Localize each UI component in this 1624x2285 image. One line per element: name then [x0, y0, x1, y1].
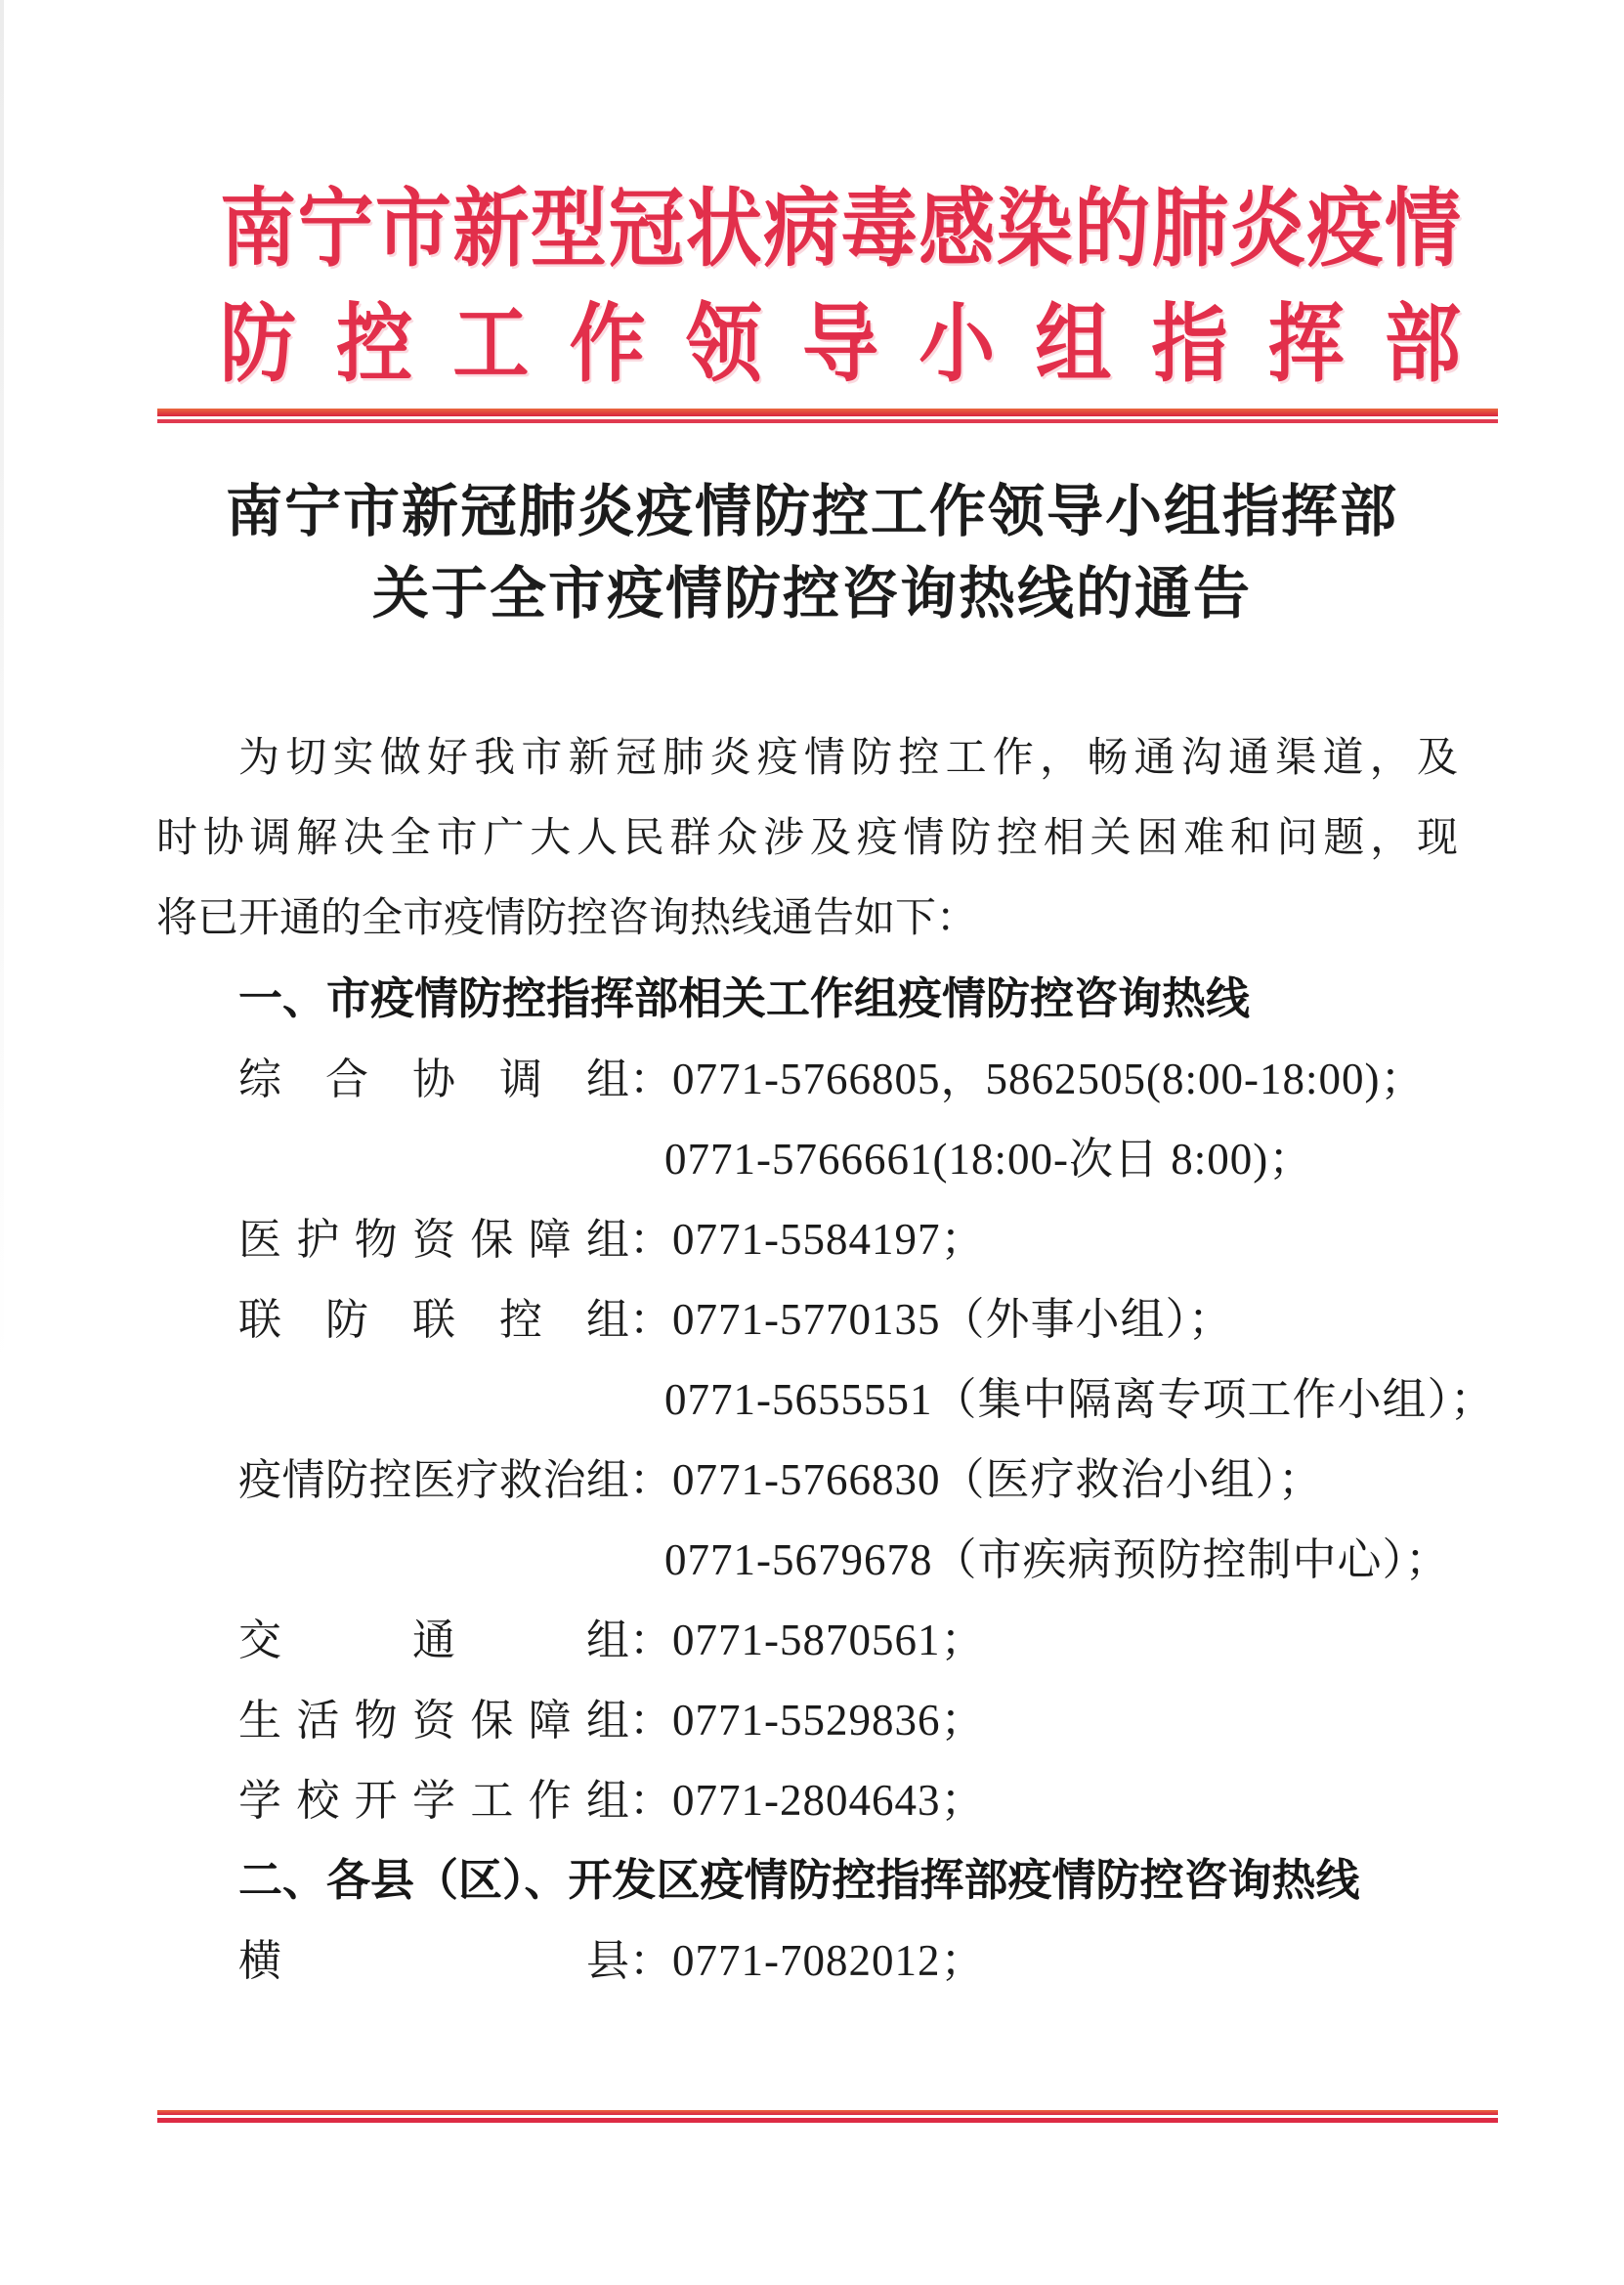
document-title: 南宁市新冠肺炎疫情防控工作领导小组指挥部 关于全市疫情防控咨询热线的通告	[0, 471, 1624, 635]
hotline-row-jiaotong: 交通组：0771-5870561；	[156, 1600, 1458, 1680]
letterhead-line-2: 防控工作领导小组指挥部	[220, 280, 1461, 410]
letterhead: 南宁市新型冠状病毒感染的肺炎疫情 防控工作领导小组指挥部	[220, 172, 1461, 403]
hotline-colon: ：	[629, 1601, 672, 1681]
hotline-colon: ：	[629, 1200, 672, 1280]
hotline-number: 0771-5770135（外事小组）；	[672, 1295, 1233, 1344]
hotline-number: 0771-5529836；	[672, 1696, 986, 1745]
paragraph-line-2: 时协调解决全市广大人民群众涉及疫情防控相关困难和问题，现	[156, 798, 1458, 879]
scan-edge-artifact	[0, 0, 4, 1371]
hotline-number: 0771-7082012；	[672, 1936, 986, 1985]
hotline-number: 0771-5766830（医疗救治小组）；	[672, 1455, 1323, 1504]
header-rule-thin-bar	[157, 419, 1498, 423]
hotline-number: 0771-2804643；	[672, 1776, 986, 1825]
section-2-heading: 二、各县（区）、开发区疫情防控指挥部疫情防控咨询热线	[156, 1840, 1458, 1920]
hotline-label: 医护物资保障组	[238, 1200, 629, 1280]
hotline-row-zonghexietiao: 综合协调组：0771-5766805，5862505(8:00-18:00)；	[156, 1039, 1458, 1119]
hotline-colon: ：	[629, 1761, 672, 1841]
hotline-row-lianfanugliankong: 联防联控组：0771-5770135（外事小组）；	[156, 1279, 1458, 1359]
hotline-number: 0771-5870561；	[672, 1616, 986, 1664]
hotline-continuation: 0771-5679678（市疾病预防控制中心）；	[156, 1520, 1458, 1600]
section-1-heading: 一、市疫情防控指挥部相关工作组疫情防控咨询热线	[156, 959, 1458, 1039]
hotline-colon: ：	[629, 1441, 672, 1521]
hotline-colon: ：	[629, 1681, 672, 1761]
document-page: 南宁市新型冠状病毒感染的肺炎疫情 防控工作领导小组指挥部 南宁市新冠肺炎疫情防控…	[0, 0, 1624, 2285]
hotline-row-xuexiaokaixue: 学校开学工作组：0771-2804643；	[156, 1760, 1458, 1840]
hotline-colon: ：	[629, 1921, 672, 2002]
hotline-colon: ：	[629, 1280, 672, 1360]
hotline-number: 0771-5766805，5862505(8:00-18:00)；	[672, 1055, 1425, 1103]
document-title-line-2: 关于全市疫情防控咨询热线的通告	[0, 553, 1624, 635]
hotline-row-yiliaojiuzhi: 疫情防控医疗救治组：0771-5766830（医疗救治小组）；	[156, 1440, 1458, 1520]
document-body: 为切实做好我市新冠肺炎疫情防控工作，畅通沟通渠道，及 时协调解决全市广大人民群众…	[156, 718, 1458, 2001]
hotline-row-hengxian: 横县：0771-7082012；	[156, 1920, 1458, 2001]
hotline-label: 疫情防控医疗救治组	[238, 1441, 629, 1521]
hotline-row-shenghuowuzi: 生活物资保障组：0771-5529836；	[156, 1680, 1458, 1760]
header-double-rule	[157, 409, 1498, 423]
footer-double-rule	[157, 2110, 1498, 2123]
paragraph-line-3: 将已开通的全市疫情防控咨询热线通告如下：	[156, 879, 1458, 959]
paragraph-line-1: 为切实做好我市新冠肺炎疫情防控工作，畅通沟通渠道，及	[156, 718, 1458, 798]
hotline-colon: ：	[629, 1040, 672, 1120]
hotline-label: 交通组	[238, 1601, 629, 1681]
hotline-label: 横县	[238, 1921, 629, 2002]
hotline-number: 0771-5584197；	[672, 1215, 986, 1264]
hotline-label: 学校开学工作组	[238, 1761, 629, 1841]
header-rule-thick-bar	[157, 409, 1498, 416]
document-title-line-1: 南宁市新冠肺炎疫情防控工作领导小组指挥部	[0, 471, 1624, 553]
footer-rule-lower-bar	[157, 2118, 1498, 2123]
hotline-label: 综合协调组	[238, 1040, 629, 1120]
hotline-label: 联防联控组	[238, 1280, 629, 1360]
hotline-row-yihuwuzi: 医护物资保障组：0771-5584197；	[156, 1199, 1458, 1279]
hotline-continuation: 0771-5766661(18:00-次日 8:00)；	[156, 1119, 1458, 1199]
letterhead-line-1: 南宁市新型冠状病毒感染的肺炎疫情	[220, 165, 1461, 294]
hotline-continuation: 0771-5655551（集中隔离专项工作小组）；	[156, 1359, 1458, 1440]
hotline-label: 生活物资保障组	[238, 1681, 629, 1761]
